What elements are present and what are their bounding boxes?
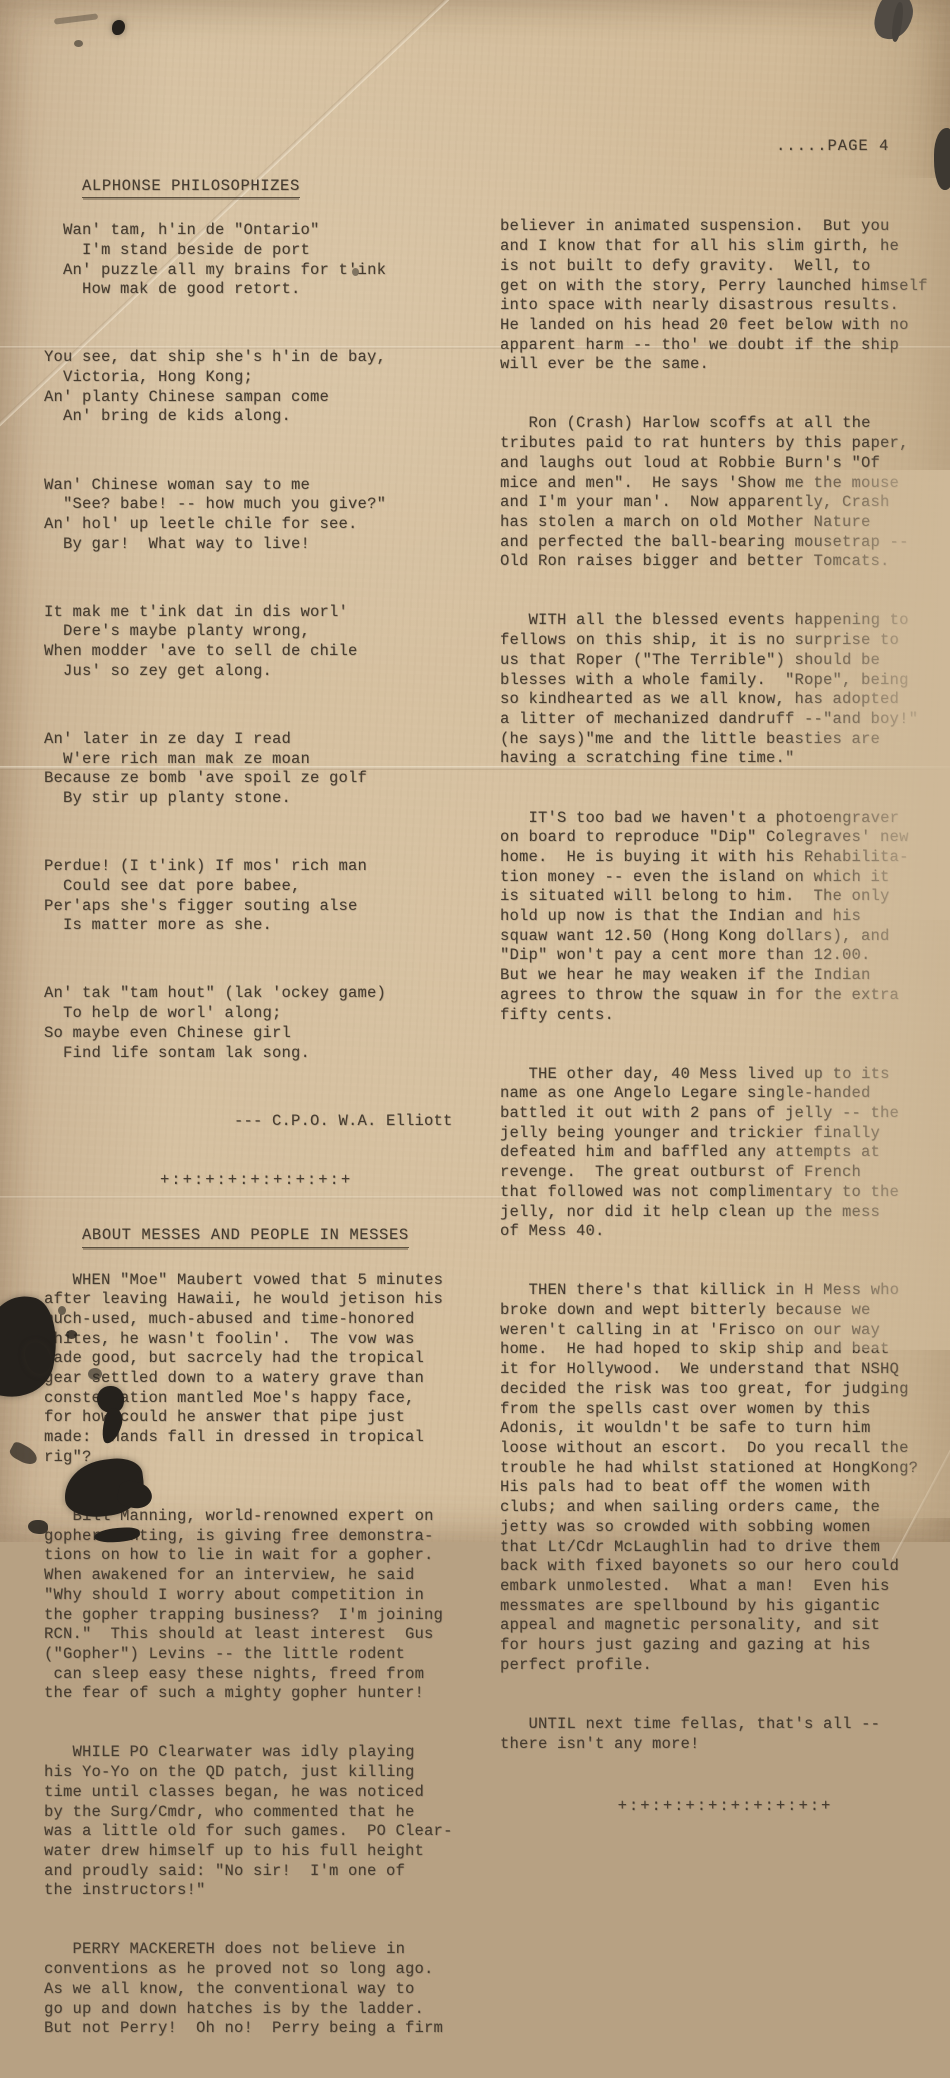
poem-stanza: Wan' Chinese woman say to me "See? babe!… bbox=[44, 476, 496, 555]
poem-stanza: Perdue! (I t'ink) If mos' rich man Could… bbox=[44, 857, 496, 936]
article-paragraph: Bill Manning, world-renowned expert on g… bbox=[44, 1507, 496, 1542]
article-paragraph: Ron (Crash) Harlow scoffs at all the tri… bbox=[500, 414, 950, 572]
ink-blot bbox=[890, 2, 904, 43]
poem-stanza: It mak me t'ink dat in dis worl' Dere's … bbox=[44, 603, 496, 682]
pencil-scratch-mark bbox=[54, 13, 98, 24]
ink-blot bbox=[112, 20, 125, 35]
ink-blot bbox=[74, 40, 83, 47]
poem-stanza: Wan' tam, h'in de "Ontario" I'm stand be… bbox=[44, 221, 496, 300]
article-paragraph: THE other day, 40 Mess lived up to its n… bbox=[500, 1065, 950, 1242]
scanned-newsletter-page: .....PAGE 4 ALPHONSE PHILOSOPHIZES Wan' … bbox=[0, 0, 950, 1542]
poem-stanza: An' later in ze day I read W'ere rich ma… bbox=[44, 730, 496, 809]
left-column: ALPHONSE PHILOSOPHIZES Wan' tam, h'in de… bbox=[44, 157, 496, 1542]
article-paragraph: believer in animated suspension. But you… bbox=[500, 217, 950, 375]
poem-stanza: You see, dat ship she's h'in de bay, Vic… bbox=[44, 348, 496, 427]
poem-stanza: An' tak "tam hout" (lak 'ockey game) To … bbox=[44, 984, 496, 1063]
article-paragraph: IT'S too bad we haven't a photoengraver … bbox=[500, 809, 950, 1026]
article-paragraph: WHEN "Moe" Maubert vowed that 5 minutes … bbox=[44, 1271, 496, 1468]
page-number-header: .....PAGE 4 bbox=[776, 137, 946, 157]
right-column: believer in animated suspension. But you… bbox=[500, 178, 950, 1542]
article-paragraph: THEN there's that killick in H Mess who … bbox=[500, 1281, 950, 1542]
poem-signature: --- C.P.O. W.A. Elliott bbox=[44, 1112, 496, 1132]
section-divider: +:+:+:+:+:+:+:+:+ bbox=[44, 1171, 496, 1191]
ink-blot bbox=[871, 0, 918, 44]
article-paragraph: WITH all the blessed events happening to… bbox=[500, 611, 950, 769]
ink-blot bbox=[8, 1440, 40, 1467]
messes-section-title: ABOUT MESSES AND PEOPLE IN MESSES bbox=[82, 1226, 409, 1248]
poem-section-title: ALPHONSE PHILOSOPHIZES bbox=[82, 177, 300, 199]
